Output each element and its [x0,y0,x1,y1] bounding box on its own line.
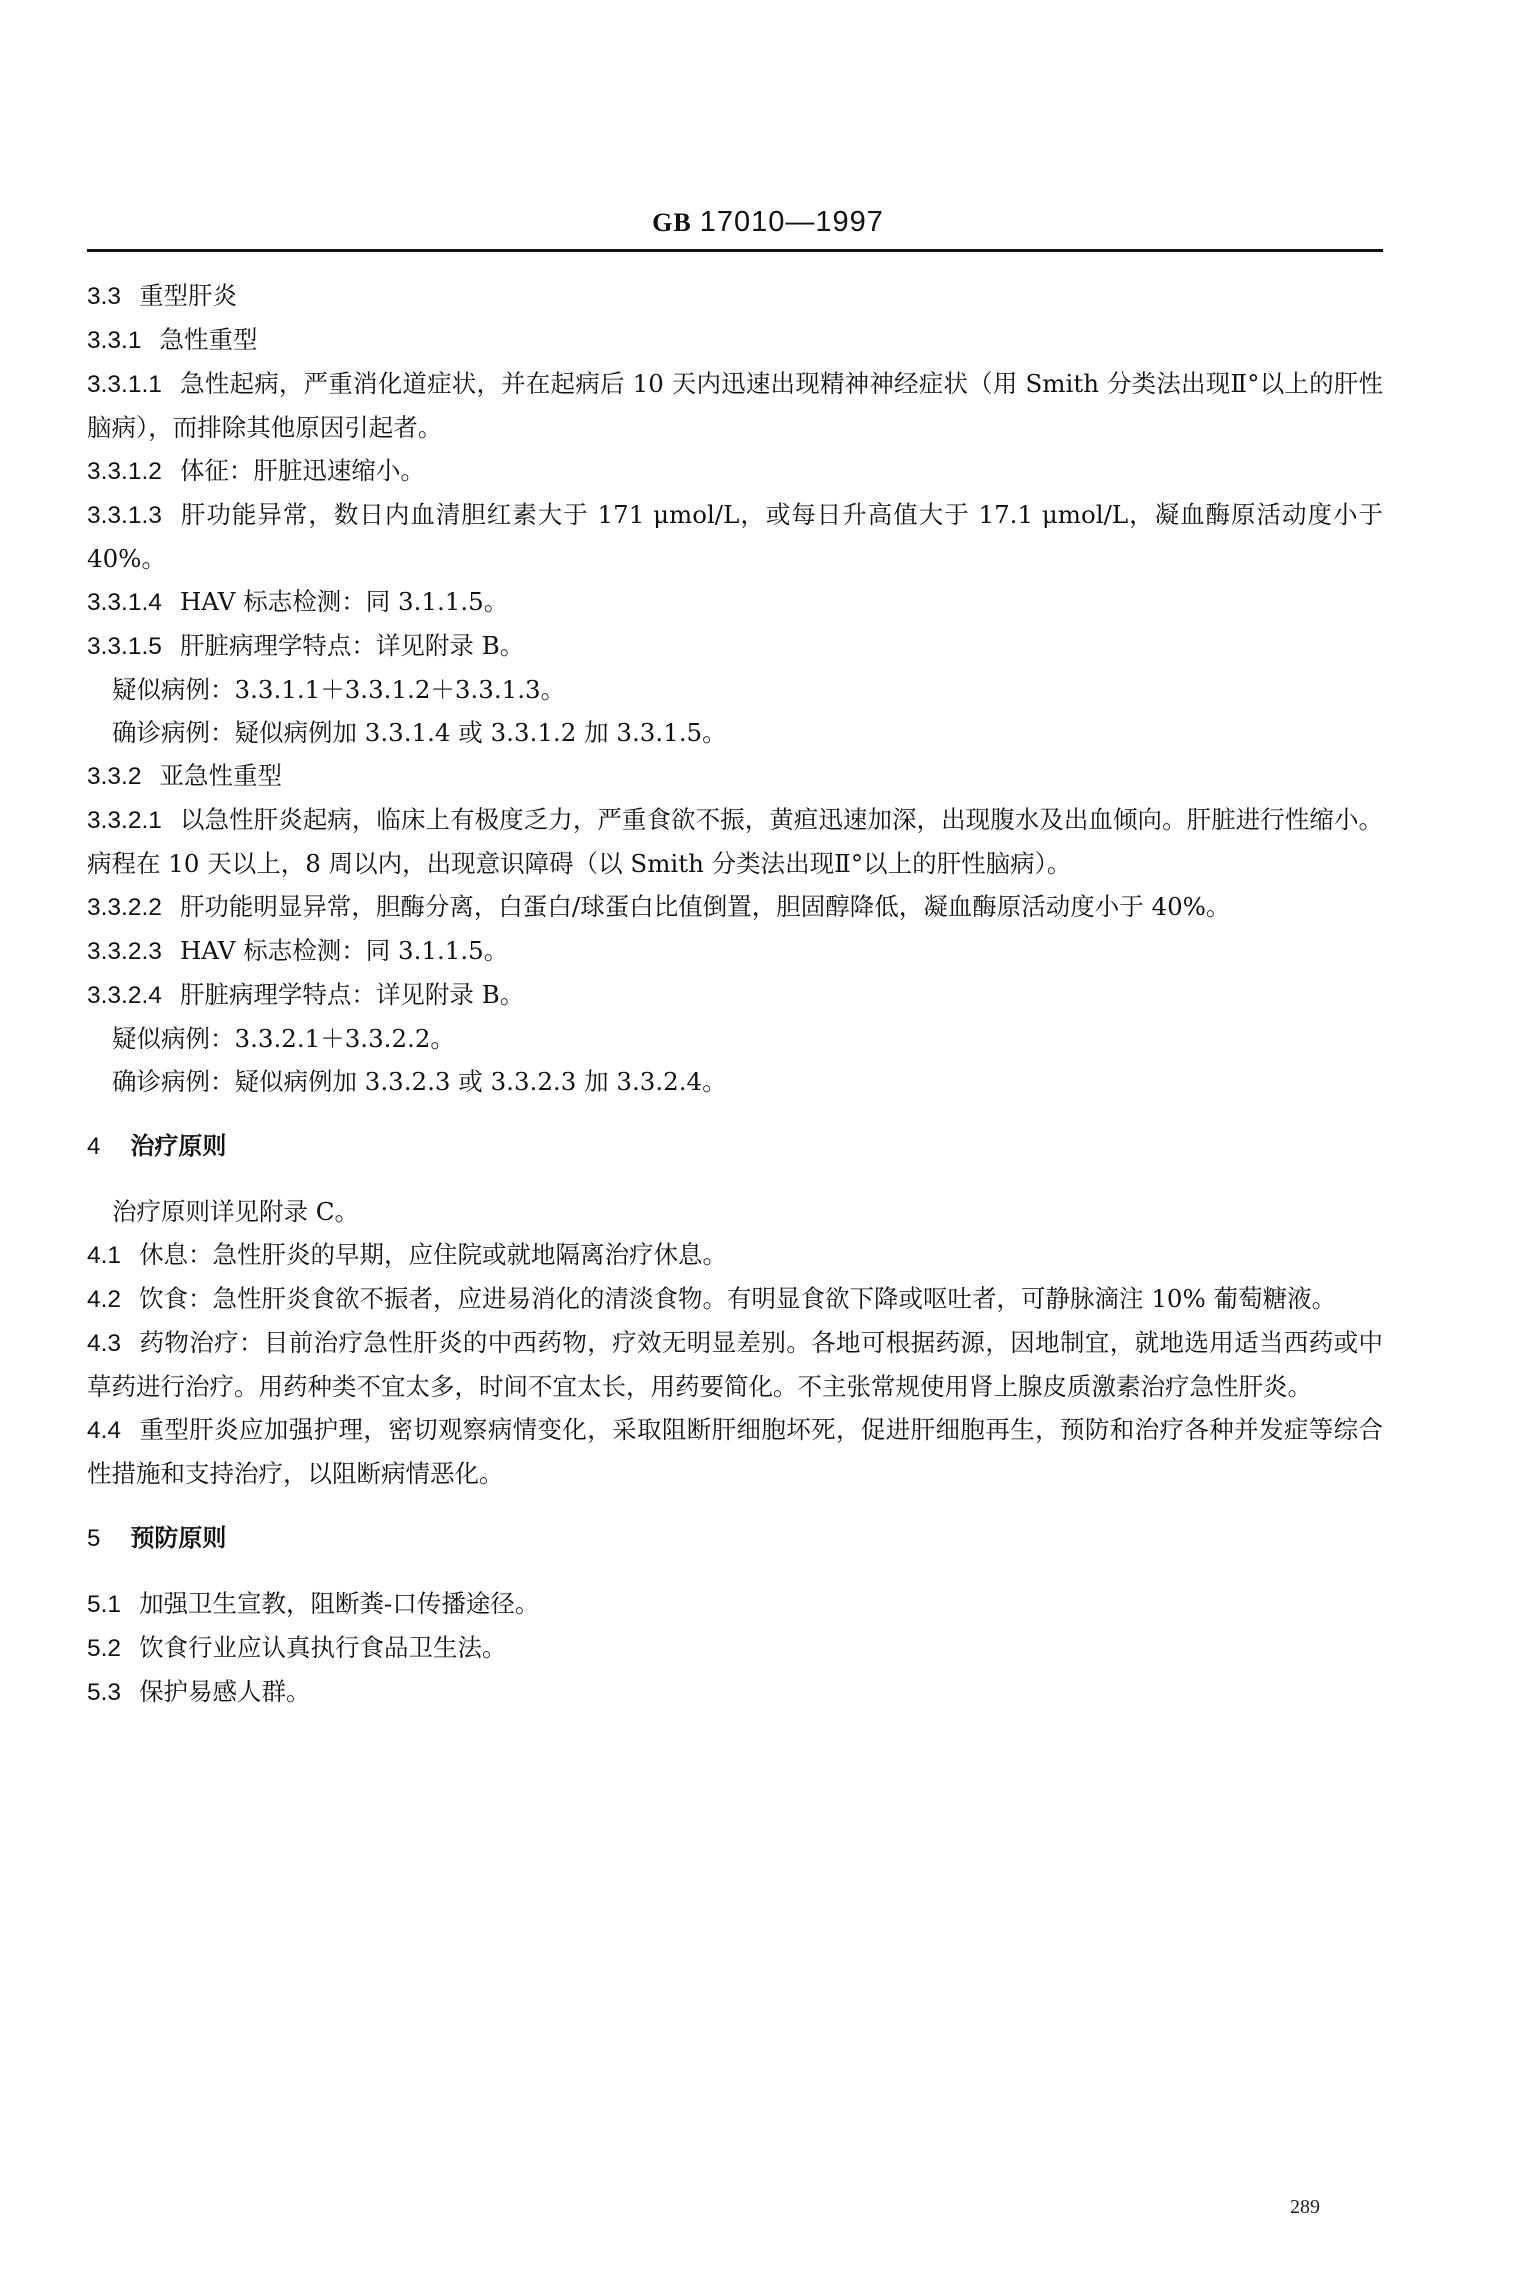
clause-3-3-1-1: 3.3.1.1急性起病，严重消化道症状，并在起病后 10 天内迅速出现精神神经症… [87,362,1383,449]
clause-number: 3.3.1.3 [87,494,162,537]
header-rule [87,249,1383,252]
section-title: 治疗原则 [130,1132,226,1160]
clause-text: 以急性肝炎起病，临床上有极度乏力，严重食欲不振，黄疸迅速加深，出现腹水及出血倾向… [87,805,1383,878]
clause-number: 3.3.1.2 [87,450,162,493]
clause-number: 4.2 [87,1278,121,1321]
clause-number: 3.3.1.5 [87,625,162,668]
clause-4-4: 4.4重型肝炎应加强护理，密切观察病情变化，采取阻断肝细胞坏死，促进肝细胞再生，… [87,1408,1383,1495]
clause-text: 肝脏病理学特点：详见附录 B。 [180,631,524,660]
section-title: 预防原则 [130,1524,226,1552]
clause-text: 饮食行业应认真执行食品卫生法。 [139,1633,507,1662]
treatment-intro: 治疗原则详见附录 C。 [87,1190,1383,1233]
clause-number: 4.1 [87,1234,121,1277]
clause-number: 5.1 [87,1583,121,1626]
heading-4: 4治疗原则 [87,1125,1383,1168]
clause-4-3: 4.3药物治疗：目前治疗急性肝炎的中西药物，疗效无明显差别。各地可根据药源，因地… [87,1321,1383,1408]
clause-3-3-2-1: 3.3.2.1以急性肝炎起病，临床上有极度乏力，严重食欲不振，黄疸迅速加深，出现… [87,798,1383,885]
clause-text: 饮食：急性肝炎食欲不振者，应进易消化的清淡食物。有明显食欲下降或呕吐者，可静脉滴… [139,1284,1336,1313]
clause-3-3-1-2: 3.3.1.2体征：肝脏迅速缩小。 [87,449,1383,493]
clause-number: 5.2 [87,1627,121,1670]
clause-3-3-1-4: 3.3.1.4HAV 标志检测：同 3.1.1.5。 [87,580,1383,624]
suspected-case-3-3-2: 疑似病例：3.3.2.1＋3.3.2.2。 [87,1017,1383,1060]
clause-text: 肝功能异常，数日内血清胆红素大于 171 μmol/L，或每日升高值大于 17.… [87,500,1383,573]
clause-number: 3.3.2.4 [87,974,162,1017]
clause-text: HAV 标志检测：同 3.1.1.5。 [180,936,508,965]
clause-number: 3.3.1.4 [87,581,162,624]
section-title: 急性重型 [160,325,258,354]
clause-3-3-2-3: 3.3.2.3HAV 标志检测：同 3.1.1.5。 [87,929,1383,973]
clause-number: 4.3 [87,1322,121,1365]
section-number: 3.3.1 [87,319,142,362]
clause-number: 4.4 [87,1409,121,1452]
clause-4-2: 4.2饮食：急性肝炎食欲不振者，应进易消化的清淡食物。有明显食欲下降或呕吐者，可… [87,1277,1383,1321]
clause-text: 肝脏病理学特点：详见附录 B。 [180,980,524,1009]
section-number: 5 [87,1517,100,1560]
clause-number: 3.3.2.2 [87,886,162,929]
clause-number: 3.3.2.1 [87,799,162,842]
clause-text: 保护易感人群。 [139,1677,311,1706]
clause-4-1: 4.1休息：急性肝炎的早期，应住院或就地隔离治疗休息。 [87,1233,1383,1277]
heading-3-3: 3.3重型肝炎 [87,274,1383,318]
clause-text: 肝功能明显异常，胆酶分离，白蛋白/球蛋白比值倒置，胆固醇降低，凝血酶原活动度小于… [180,892,1231,921]
section-number: 4 [87,1125,100,1168]
clause-5-3: 5.3保护易感人群。 [87,1670,1383,1714]
page-number: 289 [1290,2196,1320,2219]
clause-number: 3.3.1.1 [87,363,162,406]
clause-5-1: 5.1加强卫生宣教，阻断粪-口传播途径。 [87,1582,1383,1626]
clause-text: 体征：肝脏迅速缩小。 [180,456,425,485]
clause-text: 药物治疗：目前治疗急性肝炎的中西药物，疗效无明显差别。各地可根据药源，因地制宜，… [87,1328,1383,1401]
clause-3-3-2-4: 3.3.2.4肝脏病理学特点：详见附录 B。 [87,973,1383,1017]
confirmed-case-3-3-2: 确诊病例：疑似病例加 3.3.2.3 或 3.3.2.3 加 3.3.2.4。 [87,1060,1383,1103]
section-number: 3.3.2 [87,755,142,798]
section-title: 重型肝炎 [139,281,237,310]
heading-5: 5预防原则 [87,1517,1383,1560]
clause-text: HAV 标志检测：同 3.1.1.5。 [180,587,508,616]
document-body: 3.3重型肝炎 3.3.1急性重型 3.3.1.1急性起病，严重消化道症状，并在… [87,274,1383,1714]
document-page: GB17010—1997 3.3重型肝炎 3.3.1急性重型 3.3.1.1急性… [0,0,1536,2285]
standard-prefix: GB [652,208,692,237]
clause-number: 3.3.2.3 [87,930,162,973]
confirmed-case-3-3-1: 确诊病例：疑似病例加 3.3.1.4 或 3.3.1.2 加 3.3.1.5。 [87,711,1383,754]
standard-number: 17010—1997 [700,206,884,238]
heading-3-3-1: 3.3.1急性重型 [87,318,1383,362]
clause-text: 休息：急性肝炎的早期，应住院或就地隔离治疗休息。 [139,1240,727,1269]
clause-5-2: 5.2饮食行业应认真执行食品卫生法。 [87,1626,1383,1670]
clause-text: 加强卫生宣教，阻断粪-口传播途径。 [139,1589,539,1618]
section-number: 3.3 [87,275,121,318]
clause-3-3-1-3: 3.3.1.3肝功能异常，数日内血清胆红素大于 171 μmol/L，或每日升高… [87,493,1383,580]
clause-text: 重型肝炎应加强护理，密切观察病情变化，采取阻断肝细胞坏死，促进肝细胞再生，预防和… [87,1415,1383,1488]
clause-3-3-1-5: 3.3.1.5肝脏病理学特点：详见附录 B。 [87,624,1383,668]
clause-number: 5.3 [87,1671,121,1714]
heading-3-3-2: 3.3.2亚急性重型 [87,754,1383,798]
clause-3-3-2-2: 3.3.2.2肝功能明显异常，胆酶分离，白蛋白/球蛋白比值倒置，胆固醇降低，凝血… [87,885,1383,929]
page-header: GB17010—1997 [0,206,1536,239]
suspected-case-3-3-1: 疑似病例：3.3.1.1＋3.3.1.2＋3.3.1.3。 [87,668,1383,711]
section-title: 亚急性重型 [160,761,283,790]
clause-text: 急性起病，严重消化道症状，并在起病后 10 天内迅速出现精神神经症状（用 Smi… [87,369,1383,442]
